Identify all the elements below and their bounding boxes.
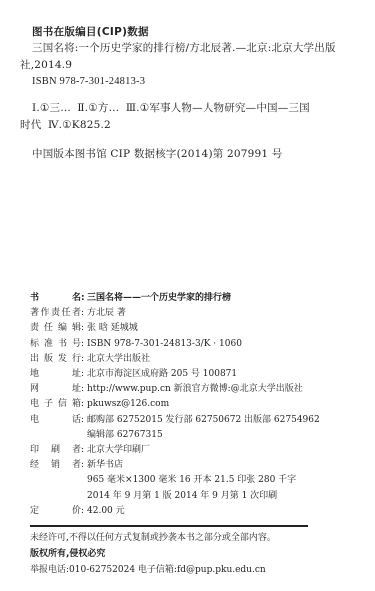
info-label-char: 电 [30,414,39,426]
divider-rule [30,525,308,527]
info-label-char: 址 [72,368,81,380]
info-value: pkuwsz@126.com [87,398,169,410]
info-label: 电子信箱 [30,398,81,410]
info-label-char: 刷 [51,444,60,456]
info-value: 北京市海淀区成府路 205 号 100871 [87,368,237,380]
info-label-char: 作 [40,307,49,319]
info-row: 定价:42.00 元 [30,505,125,517]
info-label-char: 址 [72,383,81,395]
copyright-page: 图书在版编目(CIP)数据 三国名将:一个历史学家的排行榜/方北辰著.—北京:北… [0,0,375,591]
info-label-char: 网 [30,383,39,395]
info-label-char: 行 [72,353,81,365]
info-value: 新华书店 [87,459,123,471]
info-row: 经销者:新华书店 [30,459,123,471]
info-continuation-line: 965 毫米×1300 毫米 16 开本 21.5 印张 280 千字 [87,474,296,486]
info-label-char: 标 [30,338,39,350]
info-label: 标准书号 [30,338,81,350]
info-value: ISBN 978-7-301-24813-3/K · 1060 [87,338,242,350]
info-label-char: 任 [61,307,70,319]
info-label-char: 印 [30,444,39,456]
info-label: 印刷者 [30,444,81,456]
info-row: 出版发行:北京大学出版社 [30,353,150,365]
info-row: 地址:北京市海淀区成府路 205 号 100871 [30,368,237,380]
info-label-char: 话 [72,414,81,426]
info-value: 北京大学印刷厂 [87,444,150,456]
info-continuation-line: 2014 年 9 月第 1 版 2014 年 9 月第 1 次印刷 [87,490,277,502]
info-value: 方北辰 著 [87,307,126,319]
info-label-char: 书 [58,338,67,350]
cip-heading: 图书在版编目(CIP)数据 [32,24,149,39]
info-label-char: 著 [30,307,39,319]
info-label-char: 销 [51,459,60,471]
cip-record-line-2: 社,2014.9 [20,58,72,72]
info-label-char: 出 [30,353,39,365]
info-value: 42.00 元 [87,505,125,517]
info-label-char: 地 [30,368,39,380]
info-value: 张 晗 延城城 [87,322,138,334]
info-label: 著作责任者 [30,307,81,319]
info-row: 标准书号:ISBN 978-7-301-24813-3/K · 1060 [30,338,242,350]
info-label-char: 信 [58,398,67,410]
info-label: 定价 [30,505,81,517]
info-label-char: 经 [30,459,39,471]
info-label-char: 书 [30,292,39,304]
info-label-char: 者 [72,307,81,319]
info-label-char: 价 [72,505,81,517]
info-label-char: 辑 [72,322,81,334]
info-label-char: 者 [72,459,81,471]
info-value: 邮购部 62752015 发行部 62750672 出版部 62754962 [87,414,320,426]
info-label: 责任编辑 [30,322,81,334]
info-label: 网址 [30,383,81,395]
info-label-char: 子 [44,398,53,410]
info-row: 网址:http://www.pup.cn 新浪官方微博:@北京大学出版社 [30,383,303,395]
info-continuation-line: 编辑部 62767315 [87,429,163,441]
copyright-notice: 版权所有,侵权必究 [30,548,105,560]
info-label-char: 责 [51,307,60,319]
info-row: 电话:邮购部 62752015 发行部 62750672 出版部 6275496… [30,414,320,426]
info-label-char: 准 [44,338,53,350]
info-label-char: 任 [44,322,53,334]
info-value: 三国名将——一个历史学家的排行榜 [87,292,231,304]
info-label-char: 者 [72,444,81,456]
info-row: 书名:三国名将——一个历史学家的排行榜 [30,292,231,304]
info-label: 电话 [30,414,81,426]
info-label-char: 责 [30,322,39,334]
info-label-char: 版 [44,353,53,365]
reproduction-notice: 未经许可,不得以任何方式复制或抄袭本书之部分或全部内容。 [30,532,276,544]
info-label-char: 箱 [72,398,81,410]
info-row: 责任编辑:张 晗 延城城 [30,322,138,334]
cip-isbn: ISBN 978-7-301-24813-3 [32,75,145,89]
info-value: 北京大学出版社 [87,353,150,365]
info-value: http://www.pup.cn 新浪官方微博:@北京大学出版社 [87,383,303,395]
info-label: 书名 [30,292,81,304]
info-label-char: 号 [72,338,81,350]
info-label-char: 定 [30,505,39,517]
cip-record-line-1: 三国名将:一个历史学家的排行榜/方北辰著.—北京:北京大学出版 [32,41,336,55]
info-row: 著作责任者:方北辰 著 [30,307,126,319]
info-row: 电子信箱:pkuwsz@126.com [30,398,169,410]
info-label: 经销者 [30,459,81,471]
info-label-char: 电 [30,398,39,410]
cip-number: 中国版本图书馆 CIP 数据核字(2014)第 207991 号 [32,147,283,161]
report-contact: 举报电话:010-62752024 电子信箱:fd@pup.pku.edu.cn [30,564,266,576]
info-label-char: 编 [58,322,67,334]
info-row: 印刷者:北京大学印刷厂 [30,444,150,456]
info-label: 地址 [30,368,81,380]
cip-subjects-line-2: 时代 Ⅳ.①K825.2 [20,118,111,132]
info-label-char: 发 [58,353,67,365]
info-label-char: 名 [72,292,81,304]
info-label: 出版发行 [30,353,81,365]
cip-subjects-line-1: Ⅰ.①三… Ⅱ.①方… Ⅲ.①军事人物—人物研究—中国—三国 [32,101,310,115]
